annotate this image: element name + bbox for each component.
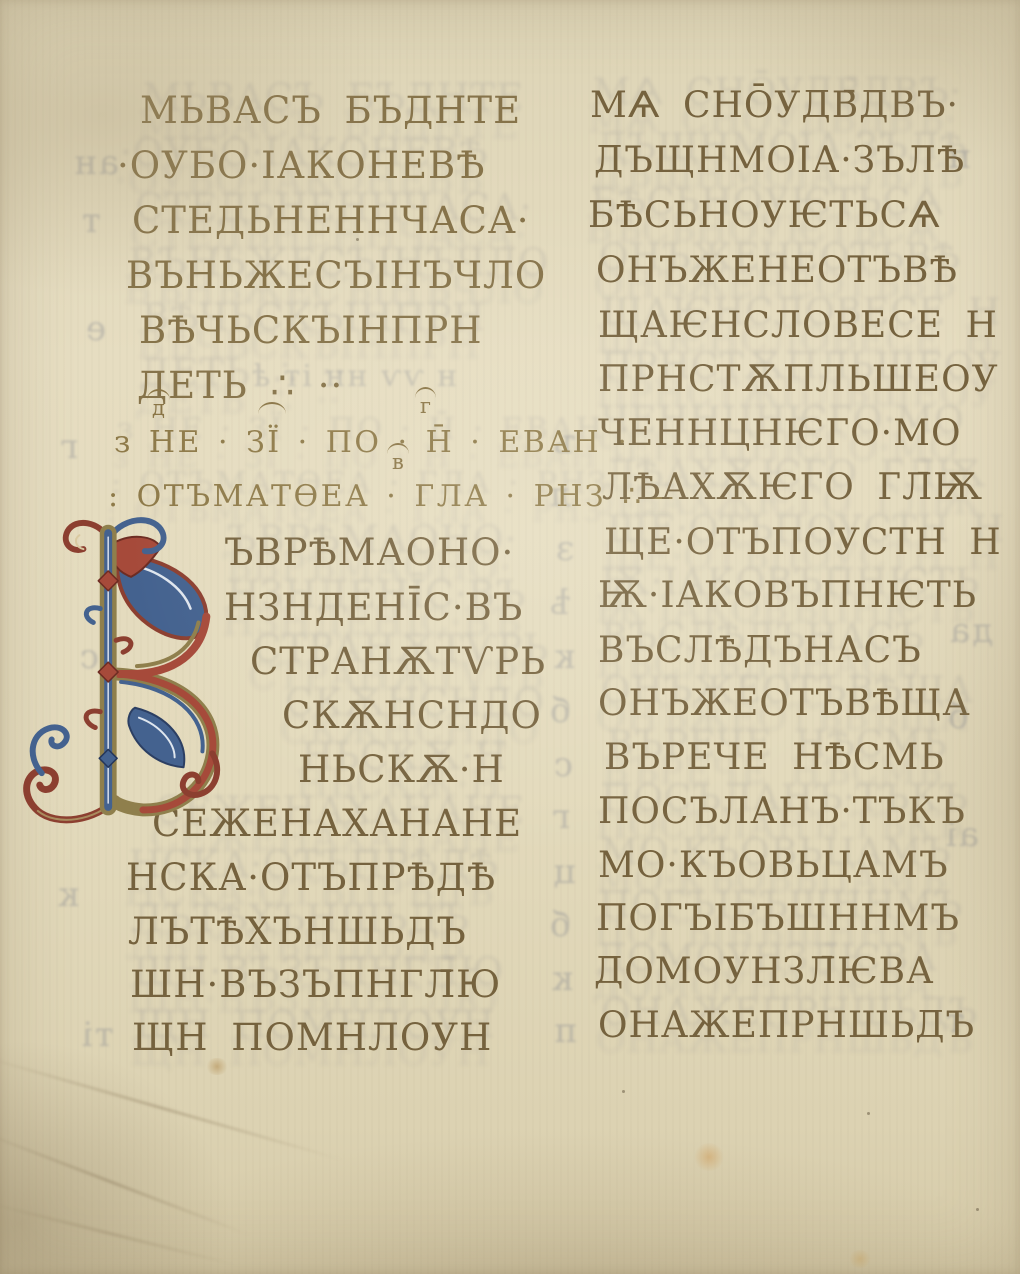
bleedthrough-text: з [554,532,575,566]
text-line: ВЪРЕЧЕ НѢСМЬ [604,740,945,776]
bleedthrough-text: с [552,748,573,782]
parchment-crease [0,1054,343,1162]
parchment-speck [356,238,359,241]
text-line: ЛѢАХѪѤГО ГЛ̄Ѭ [602,470,983,506]
text-line: ПРНСТѪПЛЬШЕОУ [598,362,999,398]
parchment-speck [976,1208,979,1211]
bleedthrough-text: е [84,312,106,346]
bleedthrough-text: п [552,1014,577,1048]
text-line: ВЪСЛѢДЪНАСЪ [598,633,922,669]
parchment-speck [867,1112,870,1115]
rubric-line: з НЕ · ЗЇ · ПО · Н̄ · ЕВАН · [114,428,629,458]
text-line: НСКА·ОТЪПРѢДѢ [126,859,496,896]
text-line: МО·КЪОВЬЦАМЪ [598,848,949,884]
text-line: ЛЪТѢХЪНШЬДЪ [128,913,467,950]
bleedthrough-text: к [56,878,79,912]
rubric-superscript: г [420,396,431,417]
text-line: СТЕДЬНЕННЧАСА· [132,202,530,239]
text-line: ПОСЪЛАНЪ·ТЪКЪ [598,794,966,830]
text-line: ШН·ВЪЗЪПНГЛ̄Ю [130,966,501,1003]
manuscript-page: ан т е г с к ті ъ л з ѣ к б с г ц б к п … [0,0,1020,1274]
parchment-speck [622,1090,625,1093]
bleedthrough-text: г [550,800,570,834]
text-line: СТРАНѪТѴРЬ [250,643,546,680]
parchment-crease [0,1201,237,1267]
text-line: ЧЕННЦНѤГО·МО [598,416,962,452]
text-line: ОНЪЖЕНЕОТЪВѢ [596,253,958,289]
bleedthrough-text: к [550,962,573,996]
text-line: ВЪНЬЖЕСЪІНЪЧЛО [126,257,546,294]
bleedthrough-text: да [948,614,993,648]
text-line: ВѢЧЬСКЪІНПРН [139,312,483,349]
bleedthrough-text: ан [72,146,119,180]
text-line: НЬСКѪ·Н [298,751,505,788]
bleedthrough-text: г [58,430,78,464]
text-line: ПОГЪІБЪШННМЪ [596,901,960,937]
text-line: ·ОУБО·ІАКОНЕВѢ [117,147,485,184]
text-line: БѢСЬНОУѤТЬСѦ [588,198,941,234]
bleedthrough-text: т [80,204,101,238]
text-line: Ѭ·ІАКОВЪПНѤТЬ [598,578,977,614]
text-line: ОНАЖЕПРНШЬДЪ [598,1008,975,1044]
rubric-line: : ОТЪМАТѲЕА · ГЛА · РНЗ ∴— [108,482,676,512]
rubric-superscript: в [392,452,404,473]
bleedthrough-text: ті [80,1018,114,1052]
text-line: ДЪЩНМОІА·ЗЪЛѢ [594,143,965,179]
parchment-stain [205,1058,229,1075]
text-line: ЩЕ·ОТЪПОУСТН Н [604,525,1002,561]
text-line: ЩН ПОМНЛОУН [132,1019,492,1056]
text-line: ЩАѤНСЛОВЕСЕ Н [598,308,998,344]
rubric-superscript: д [152,398,165,419]
text-line: МЬВАСЪ БЪДНТЕ [140,92,521,129]
bleedthrough-text: к [552,640,575,674]
text-line: ОНЪЖЕОТЪВѢЩА [598,686,971,722]
text-line: НЗНДЕНІ̄С·ВЪ [224,589,523,626]
text-line: СКѪНСНДО [282,697,542,734]
bleedthrough-text: ц [552,855,576,889]
bleedthrough-text: б [548,694,570,728]
bleedthrough-text: ѣ [548,586,571,620]
text-line: ЪВРѢМАОНО· [224,534,514,571]
parchment-stain [693,1143,725,1171]
bleedthrough-text: б [548,908,570,942]
illuminated-initial [12,512,250,842]
parchment-crease [0,1126,251,1236]
text-line: МѦ СНО̄УДВ̄ДВЪ· [590,88,959,124]
parchment-stain [848,1250,872,1268]
text-line: ДОМОУНЗЛ̄ѤВА [594,954,934,990]
